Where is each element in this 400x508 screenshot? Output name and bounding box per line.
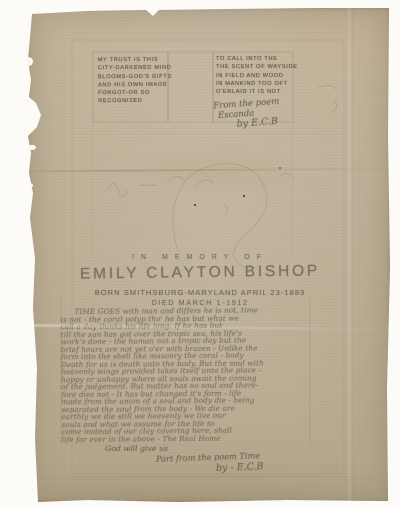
verse-box-left: MY TRUST IS THISCITY-DARKENED MINDBLOOMS… (98, 56, 168, 106)
text-line: O'ERLAID IT IS NOT (216, 88, 294, 96)
punched-hole (24, 57, 33, 66)
memorial-heading: IN MEMORY OF (58, 254, 342, 261)
verse-attribution: From the poemEscandaby E.C.B (213, 98, 281, 131)
text-line: life for ever in the above - The Real Ho… (62, 433, 320, 443)
paper-specks (194, 167, 281, 206)
text-line: AND HIS OWN IMAGE (98, 81, 168, 90)
text-line: by E.C.B (236, 117, 281, 130)
text-line: IN MANKIND TOO OFT (216, 80, 294, 88)
memorial-name: EMILY CLAYTON BISHOP (58, 262, 342, 284)
paper-tear-hole (26, 183, 33, 188)
signature: by - E.C.B (216, 461, 264, 474)
verse-box-right: TO CALL INTO THETHE SCENT OF WAYSIDEIN F… (216, 55, 294, 96)
text-line: CITY-DARKENED MIND (98, 64, 168, 73)
paper-tear-hole (28, 145, 36, 150)
lower-crease (24, 475, 394, 478)
paper-sheet: MY TRUST IS THISCITY-DARKENED MINDBLOOMS… (28, 8, 390, 502)
benediction-line: God will give us (105, 444, 168, 453)
text-line: THE SCENT OF WAYSIDE (216, 63, 294, 71)
text-line: TO CALL INTO THE (216, 55, 294, 63)
text-line: RECOGNIZED (98, 97, 168, 106)
scanned-document-photo: MY TRUST IS THISCITY-DARKENED MINDBLOOMS… (0, 0, 400, 508)
body-paragraph: TIME GOES with man and differs he is not… (60, 306, 319, 443)
vertical-fold-shading (348, 8, 354, 502)
text-line: IN FIELD AND WOOD (216, 72, 294, 80)
memorial-born-line: BORN SMITHSBURG-MARYLAND APRIL 23-1883 (58, 288, 342, 297)
horizontal-crease (24, 168, 394, 173)
